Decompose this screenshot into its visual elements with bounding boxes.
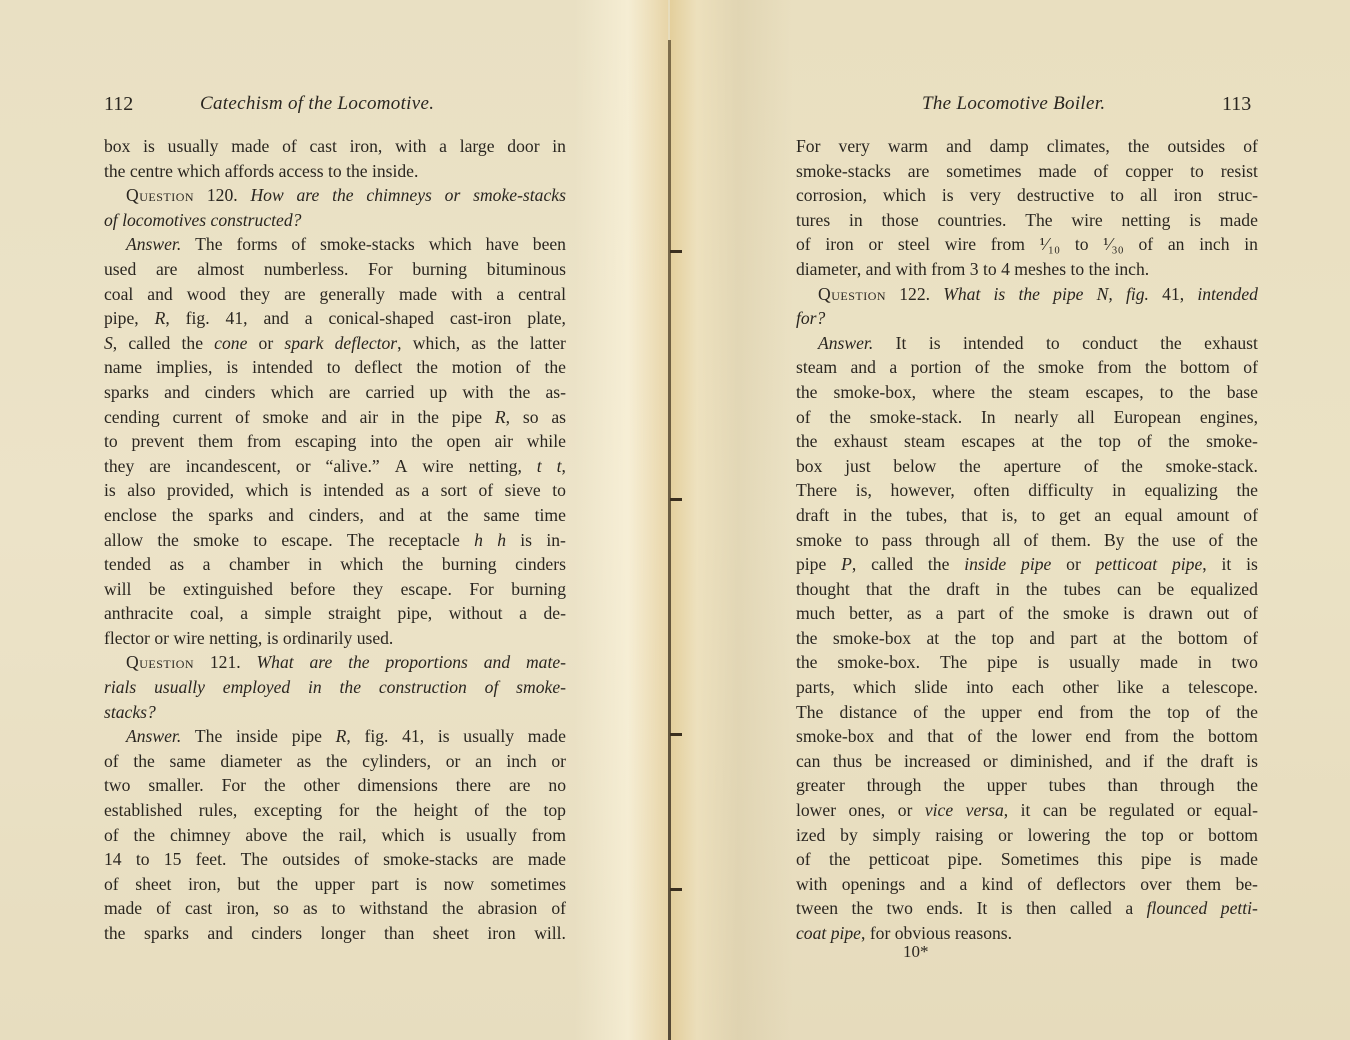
word: central xyxy=(518,282,566,307)
word: the xyxy=(157,528,179,553)
signature-mark: 10* xyxy=(903,942,929,962)
word: the xyxy=(505,798,527,823)
word: through xyxy=(1160,773,1215,798)
word: deflect xyxy=(355,355,403,380)
word: escapes xyxy=(961,429,1015,454)
word: from xyxy=(931,257,970,282)
word: smoke-box, xyxy=(833,380,916,405)
word: or xyxy=(259,331,274,356)
word: provided, xyxy=(167,478,234,503)
word: the xyxy=(182,331,204,356)
word: upper xyxy=(315,872,355,897)
word: pipe. xyxy=(948,847,983,872)
text-line: corrosion,whichisverydestructivetoalliro… xyxy=(796,183,1258,208)
word: will xyxy=(104,577,131,602)
word: smoke-box. xyxy=(837,650,920,675)
word: lower xyxy=(1031,724,1071,749)
word: smoke- xyxy=(1206,429,1258,454)
word: a xyxy=(959,872,967,897)
word: or xyxy=(1187,798,1202,823)
word: R, xyxy=(155,306,170,331)
word: the xyxy=(943,773,965,798)
text-line: smoketopassthroughallofthem.Bytheuseofth… xyxy=(796,528,1258,553)
word: pipe xyxy=(452,405,482,430)
word: of xyxy=(1243,134,1258,159)
word: centre xyxy=(130,159,177,184)
word: Answer. xyxy=(126,724,181,749)
text-line: draftinthetubes,thatis,togetanequalamoun… xyxy=(796,503,1258,528)
word: of xyxy=(354,847,369,872)
word: used. xyxy=(357,626,394,651)
word: pipe xyxy=(1053,282,1083,307)
word: the xyxy=(1168,429,1190,454)
word: equalized xyxy=(1190,577,1257,602)
word: like xyxy=(1117,675,1143,700)
word: and xyxy=(1029,626,1054,651)
word: a xyxy=(305,306,313,331)
word: part xyxy=(1070,626,1097,651)
word: diameter, xyxy=(796,257,866,282)
text-line: ofsheetiron,buttheupperpartisnowsometime… xyxy=(104,872,566,897)
word: Question xyxy=(126,183,194,208)
word: petti- xyxy=(1221,896,1258,921)
word: R, xyxy=(336,724,351,749)
word: the xyxy=(1003,355,1025,380)
word: part xyxy=(371,872,398,897)
word: 15 xyxy=(164,847,182,872)
word: greater xyxy=(796,773,845,798)
word: the xyxy=(104,921,126,946)
text-line: stacks? xyxy=(104,700,566,725)
word: diminished, xyxy=(1010,749,1093,774)
word: the xyxy=(172,503,194,528)
word: of xyxy=(1243,503,1258,528)
word: all xyxy=(1140,183,1158,208)
word: top xyxy=(1167,700,1189,725)
word: deflectors xyxy=(1056,872,1125,897)
word: access xyxy=(279,159,328,184)
word: carried xyxy=(366,380,415,405)
word: than xyxy=(384,921,414,946)
word: smoke-stacks xyxy=(320,232,415,257)
word: rials xyxy=(104,675,136,700)
word: other xyxy=(1062,675,1098,700)
word: ized xyxy=(796,823,825,848)
word: up xyxy=(430,380,448,405)
word: pipe xyxy=(292,724,322,749)
text-line: thesparksandcinderslongerthansheetironwi… xyxy=(104,921,566,946)
text-line: establishedrules,exceptingfortheheightof… xyxy=(104,798,566,823)
word: exhaust xyxy=(834,429,888,454)
word: in xyxy=(308,675,322,700)
word: top xyxy=(1141,823,1163,848)
word: thus xyxy=(833,749,862,774)
word: the xyxy=(991,380,1013,405)
text-line: coat pipe, for obvious reasons. xyxy=(796,921,1258,946)
word: from xyxy=(991,232,1025,257)
word: in xyxy=(391,405,405,430)
binding-stitch xyxy=(670,250,682,253)
word: at xyxy=(927,626,940,651)
word: of xyxy=(913,700,928,725)
word: top xyxy=(1098,429,1120,454)
word: simple xyxy=(265,601,312,626)
word: cone xyxy=(214,331,247,356)
word: base xyxy=(1227,380,1258,405)
word: sparks xyxy=(208,503,253,528)
word: smoke xyxy=(193,528,239,553)
word: cast xyxy=(185,896,212,921)
word: top xyxy=(543,798,565,823)
word: prevent xyxy=(131,429,184,454)
word: are xyxy=(329,380,350,405)
word: mate- xyxy=(526,650,566,675)
word: pass xyxy=(882,528,912,553)
word: numberless. xyxy=(264,257,349,282)
binding-stitch xyxy=(670,888,682,891)
word: cinders xyxy=(205,380,256,405)
word: the xyxy=(1105,823,1127,848)
word: and xyxy=(920,872,945,897)
word: be- xyxy=(1235,872,1257,897)
word: the xyxy=(959,454,981,479)
text-line: canthusbeincreasedordiminished,andifthed… xyxy=(796,749,1258,774)
word: with xyxy=(395,134,426,159)
word: netting, xyxy=(469,454,522,479)
word: of xyxy=(975,355,990,380)
word: which xyxy=(381,823,424,848)
word: Answer. xyxy=(126,232,181,257)
word: Question xyxy=(818,282,886,307)
word: to xyxy=(332,896,346,921)
word: chimneys xyxy=(366,183,431,208)
word: the xyxy=(796,380,818,405)
word: smoke-stack. xyxy=(870,405,962,430)
word: iron, xyxy=(350,134,383,159)
word: can xyxy=(1117,577,1141,602)
word: smoke xyxy=(263,405,309,430)
word: the xyxy=(796,429,818,454)
word: above xyxy=(245,823,287,848)
word: a xyxy=(421,478,429,503)
word: to xyxy=(327,355,341,380)
text-line: flector or wire netting, is ordinarily u… xyxy=(104,626,566,651)
word: draft xyxy=(946,577,979,602)
binding-stitch xyxy=(670,733,682,736)
word: end xyxy=(1038,700,1063,725)
word: and xyxy=(164,380,189,405)
text-line: ofthesamediameterasthecylinders,oraninch… xyxy=(104,749,566,774)
word: intended xyxy=(252,355,313,380)
text-line: tweenthetwoends.Itisthencalledaflouncedp… xyxy=(796,896,1258,921)
word: countries. xyxy=(938,208,1007,233)
word: to xyxy=(552,478,566,503)
word: tended xyxy=(104,552,151,577)
word: as xyxy=(907,601,922,626)
word: steam xyxy=(1028,380,1069,405)
left-folio: 112 xyxy=(104,90,133,118)
word: are xyxy=(296,183,319,208)
word: in xyxy=(843,503,857,528)
word: used xyxy=(104,257,136,282)
word: equalizing xyxy=(1144,478,1217,503)
word: they xyxy=(240,282,270,307)
text-line: thoughtthatthedraftinthetubescanbeequali… xyxy=(796,577,1258,602)
word: at xyxy=(1113,626,1126,651)
word: smoke xyxy=(796,528,842,553)
word: are xyxy=(309,650,332,675)
word: or xyxy=(551,749,566,774)
word: allow xyxy=(104,528,143,553)
word: is xyxy=(1001,896,1013,921)
word: the xyxy=(509,380,531,405)
word: the xyxy=(1166,749,1188,774)
word: made xyxy=(1140,650,1178,675)
word: outsides xyxy=(282,847,340,872)
word: of xyxy=(1206,700,1221,725)
word: conical-shaped xyxy=(328,306,434,331)
word: them xyxy=(198,429,233,454)
word: a xyxy=(1125,896,1133,921)
right-running-title: The Locomotive Boiler. xyxy=(922,90,1105,118)
word: where xyxy=(932,380,975,405)
word: get xyxy=(1059,503,1081,528)
word: which xyxy=(271,380,314,405)
word: for xyxy=(870,921,895,946)
word: the xyxy=(447,503,469,528)
word: the xyxy=(1173,724,1195,749)
word: from xyxy=(1079,700,1113,725)
word: the xyxy=(944,700,966,725)
word: The xyxy=(195,232,222,257)
text-line: pipe,R,fig.41,andaconical-shapedcast-iro… xyxy=(104,306,566,331)
text-line: Answer.Itisintendedtoconducttheexhaust xyxy=(796,331,1258,356)
word: of xyxy=(1024,528,1039,553)
word: with xyxy=(462,380,493,405)
word: is xyxy=(1246,749,1258,774)
word: versa, xyxy=(966,798,1009,823)
word: plate, xyxy=(527,306,566,331)
word: feet. xyxy=(196,847,227,872)
word: iron xyxy=(825,232,853,257)
word: in xyxy=(552,134,566,159)
word: air xyxy=(494,429,513,454)
word: of xyxy=(516,355,531,380)
word: cast xyxy=(309,134,336,159)
text-line: usedarealmostnumberless.Forburningbitumi… xyxy=(104,257,566,282)
text-line: ofironorsteelwirefrom¹⁄₁₀to¹⁄₃₀ofaninchi… xyxy=(796,232,1258,257)
text-line: tendedasachamberinwhichtheburningcinders xyxy=(104,552,566,577)
word: that xyxy=(927,724,953,749)
word: of xyxy=(104,749,119,774)
word: sort xyxy=(441,478,467,503)
word: affords xyxy=(225,159,279,184)
text-line: Question122.WhatisthepipeN,fig.41,intend… xyxy=(796,282,1258,307)
word: as xyxy=(303,896,318,921)
word: usually xyxy=(154,675,205,700)
word: flector xyxy=(104,626,154,651)
word: the xyxy=(1236,478,1258,503)
word: made xyxy=(1220,208,1258,233)
word: 41, xyxy=(226,306,248,331)
word: to xyxy=(1075,232,1089,257)
word: it xyxy=(1021,798,1031,823)
word: coal, xyxy=(190,601,224,626)
word: outsides xyxy=(1167,134,1225,159)
word: the xyxy=(133,749,155,774)
word: large xyxy=(460,134,495,159)
word: over xyxy=(1140,872,1171,897)
word: destructive xyxy=(1017,183,1094,208)
word: current xyxy=(173,405,223,430)
text-line: ofthechimneyabovetherail,whichisusuallyf… xyxy=(104,823,566,848)
word: pipe xyxy=(796,552,826,577)
word: of xyxy=(156,896,171,921)
word: upper xyxy=(987,773,1027,798)
word: inside. xyxy=(372,159,418,184)
word: the xyxy=(302,823,324,848)
text-line: steamandaportionofthesmokefromthebottomo… xyxy=(796,355,1258,380)
word: rules, xyxy=(199,798,238,823)
word: of xyxy=(1243,355,1258,380)
word: the xyxy=(1061,429,1083,454)
word: incandescent, xyxy=(186,454,281,479)
word: tubes xyxy=(1064,577,1101,602)
text-line: S,calledtheconeorsparkdeflector,which,as… xyxy=(104,331,566,356)
word: Answer. xyxy=(818,331,873,356)
word: usually xyxy=(466,823,517,848)
word: pipe, xyxy=(397,601,432,626)
word: is, xyxy=(856,478,872,503)
word: a xyxy=(240,601,248,626)
word: pipe, xyxy=(1172,552,1207,577)
word: are xyxy=(492,847,513,872)
word: very xyxy=(970,183,1001,208)
word: is xyxy=(1189,208,1201,233)
word: pipe, xyxy=(831,921,870,946)
word: 122. xyxy=(899,282,930,307)
word: petticoat xyxy=(869,847,930,872)
word: latter xyxy=(530,331,566,356)
word: but xyxy=(237,872,259,897)
text-line: withopeningsandakindofdeflectorsoverthem… xyxy=(796,872,1258,897)
word: kind xyxy=(982,872,1013,897)
word: is xyxy=(942,183,954,208)
word: will. xyxy=(534,921,566,946)
word: as xyxy=(551,405,566,430)
word: is xyxy=(520,528,532,553)
text-line: coalandwoodtheyaregenerallymadewithacent… xyxy=(104,282,566,307)
word: the xyxy=(277,872,299,897)
word: can xyxy=(796,749,820,774)
word: For xyxy=(368,257,392,282)
text-line: madeofcastiron,soastowithstandtheabrasio… xyxy=(104,896,566,921)
word: spark xyxy=(284,331,323,356)
word: extinguished xyxy=(183,577,273,602)
word: of xyxy=(291,232,306,257)
word: them xyxy=(1186,872,1221,897)
text-line: theexhauststeamescapesatthetopofthesmoke… xyxy=(796,429,1258,454)
word: two xyxy=(887,896,913,921)
word: by xyxy=(840,823,858,848)
word: however, xyxy=(891,478,955,503)
word: from xyxy=(532,823,566,848)
word: a xyxy=(889,355,897,380)
word: before xyxy=(290,577,335,602)
right-page: The Locomotive Boiler. 113 Forverywarman… xyxy=(670,0,1350,1040)
word: in xyxy=(1244,232,1258,257)
word: difficulty xyxy=(1028,478,1093,503)
word: 41, xyxy=(402,724,424,749)
word: which xyxy=(340,552,383,577)
word: inside xyxy=(964,552,1006,577)
word: so xyxy=(273,896,289,921)
word: smoke xyxy=(1063,601,1109,626)
word: intended xyxy=(323,478,384,503)
word: as xyxy=(395,478,410,503)
word: the xyxy=(1236,528,1258,553)
word: smoke-stacks xyxy=(383,847,478,872)
word: other xyxy=(304,773,340,798)
word: is, xyxy=(1001,503,1017,528)
word: smoke- xyxy=(516,675,566,700)
word: the xyxy=(1236,700,1258,725)
left-page: 112 Catechism of the Locomotive. boxisus… xyxy=(0,0,668,1040)
word: cast-iron xyxy=(450,306,512,331)
word: of xyxy=(551,896,566,921)
word: a xyxy=(1162,675,1170,700)
word: the xyxy=(1141,626,1163,651)
word: inch xyxy=(506,749,536,774)
word: them. xyxy=(1051,528,1091,553)
word: without xyxy=(449,601,503,626)
text-line: for? xyxy=(796,306,1258,331)
text-line: Answer.Theformsofsmoke-stackswhichhavebe… xyxy=(104,232,566,257)
word: for? xyxy=(796,306,825,331)
text-line: muchbetter,asapartofthesmokeisdrawnoutof xyxy=(796,601,1258,626)
running-title: The Locomotive Boiler. xyxy=(922,93,1105,114)
word: made xyxy=(231,134,269,159)
word: How xyxy=(250,183,283,208)
word: name xyxy=(104,355,142,380)
word: of xyxy=(968,724,983,749)
text-line: Answer.TheinsidepipeR,fig.41,isusuallyma… xyxy=(104,724,566,749)
word: bituminous xyxy=(487,257,566,282)
word: a xyxy=(936,601,944,626)
word: h xyxy=(497,528,506,553)
word: employed xyxy=(223,675,290,700)
word: climates, xyxy=(1047,134,1110,159)
word: which xyxy=(429,232,472,257)
word: warm xyxy=(888,134,928,159)
word: to xyxy=(1110,183,1124,208)
word: portion xyxy=(911,355,962,380)
word: intended xyxy=(963,331,1024,356)
word: of xyxy=(1139,232,1154,257)
word: be xyxy=(875,749,892,774)
word: the xyxy=(928,552,950,577)
word: which xyxy=(177,159,224,184)
word: usually xyxy=(463,724,514,749)
word: flounced xyxy=(1147,896,1208,921)
word: motion xyxy=(452,355,502,380)
word: It xyxy=(977,896,988,921)
word: almost xyxy=(197,257,244,282)
word: excepting xyxy=(254,798,322,823)
text-line: thesmoke-box.Thepipeisusuallymadeintwo xyxy=(796,650,1258,675)
word: through xyxy=(925,528,980,553)
word: parts, xyxy=(796,675,835,700)
